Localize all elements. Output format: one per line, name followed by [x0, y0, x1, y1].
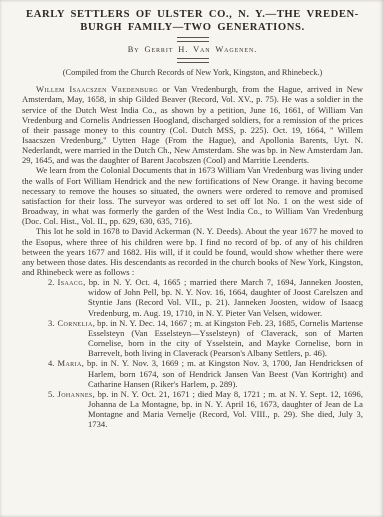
document-page: EARLY SETTLERS OF ULSTER CO., N. Y.—THE … — [0, 0, 384, 517]
article-body: Willem Isaacszen Vredenburg or Van Vrede… — [22, 84, 363, 429]
lot-sale-text: This lot he sold in 1678 to David Ackerm… — [22, 226, 363, 277]
byline-divider — [177, 58, 209, 63]
title-divider — [177, 37, 209, 42]
byline: By Gerrit H. Van Wagenen. — [22, 45, 363, 55]
entry-name: Cornelia — [57, 318, 92, 328]
intro-text: or Van Vredenburgh, from the Hague, arri… — [22, 84, 363, 165]
descendant-entry-5: 5.Johannes, bp. in N. Y. Oct. 21, 1671 ;… — [48, 389, 363, 430]
paragraph-colonial-documents: We learn from the Colonial Documents tha… — [22, 165, 363, 226]
colonial-documents-text: We learn from the Colonial Documents tha… — [22, 165, 363, 226]
paragraph-intro: Willem Isaacszen Vredenburg or Van Vrede… — [22, 84, 363, 165]
descendant-entry-3: 3.Cornelia, bp. in N. Y. Dec. 14, 1667 ;… — [48, 318, 363, 359]
paragraph-lot-sale: This lot he sold in 1678 to David Ackerm… — [22, 226, 363, 277]
entry-name: Isaacg — [57, 277, 83, 287]
entry-text: , bp. in N. Y. Oct. 4, 1665 ; married th… — [83, 277, 363, 317]
descendant-entry-4: 4.Maria, bp. in N. Y. Nov. 3, 1669 ; m. … — [48, 358, 363, 388]
descendant-list: 2.Isaacg, bp. in N. Y. Oct. 4, 1665 ; ma… — [48, 277, 363, 429]
entry-text: , bp. in N. Y. Oct. 21, 1671 ; died May … — [88, 389, 363, 429]
descendant-entry-2: 2.Isaacg, bp. in N. Y. Oct. 4, 1665 ; ma… — [48, 277, 363, 318]
entry-name: Maria — [57, 358, 81, 368]
intro-leadin-name: Willem Isaacszen Vredenburg — [36, 84, 158, 94]
article-title: EARLY SETTLERS OF ULSTER CO., N. Y.—THE … — [22, 9, 363, 34]
article-title-line-1: EARLY SETTLERS OF ULSTER CO., N. Y.—THE … — [22, 9, 363, 22]
article-title-line-2: BURGH FAMILY—TWO GENERATIONS. — [22, 22, 363, 35]
entry-text: , bp. in N. Y. Nov. 3, 1669 ; m. at King… — [82, 358, 363, 388]
entry-text: , bp. in N. Y. Dec. 14, 1667 ; m. at Kin… — [88, 318, 363, 358]
entry-name: Johannes — [57, 389, 92, 399]
source-note: (Compiled from the Church Records of New… — [22, 68, 363, 78]
